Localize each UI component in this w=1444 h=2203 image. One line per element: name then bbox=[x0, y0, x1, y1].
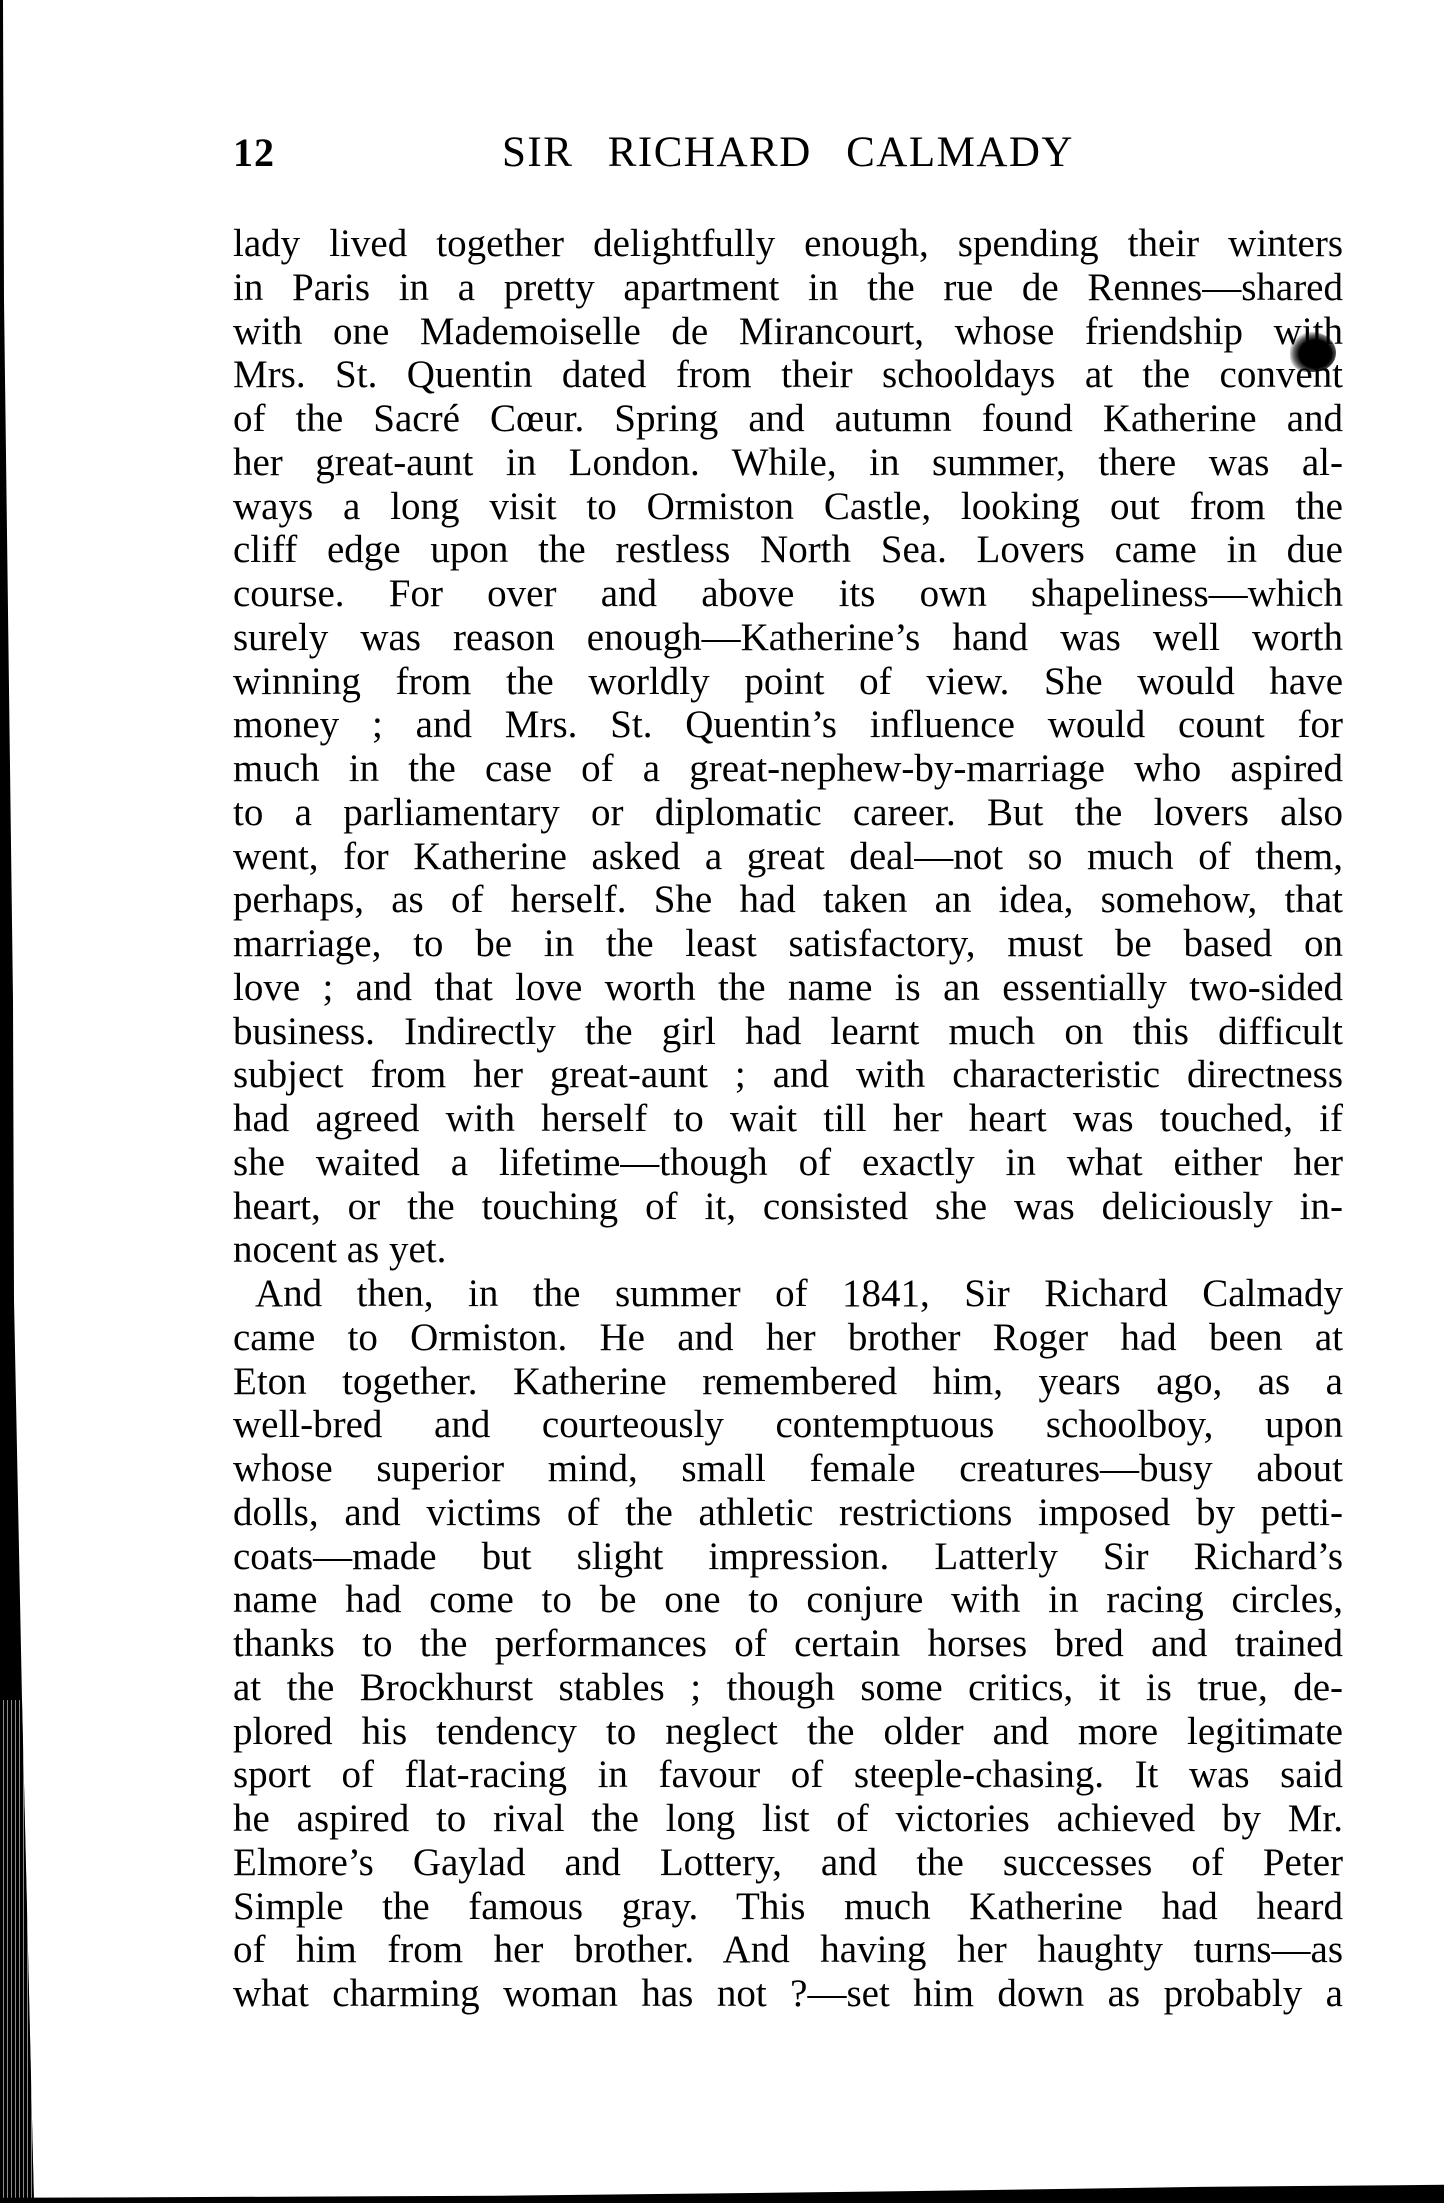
running-header: 12 SIR RICHARD CALMADY bbox=[233, 128, 1343, 178]
text-line: lady lived together delightfully enough,… bbox=[233, 222, 1343, 266]
text-line: whose superior mind, small female creatu… bbox=[233, 1447, 1343, 1491]
page-number: 12 bbox=[233, 128, 275, 178]
body-text: lady lived together delightfully enough,… bbox=[233, 222, 1343, 2016]
text-line: in Paris in a pretty apartment in the ru… bbox=[233, 266, 1343, 310]
text-line: perhaps, as of herself. She had taken an… bbox=[233, 878, 1343, 922]
text-line: had agreed with herself to wait till her… bbox=[233, 1097, 1343, 1141]
text-line: he aspired to rival the long list of vic… bbox=[233, 1797, 1343, 1841]
text-line: thanks to the performances of certain ho… bbox=[233, 1622, 1343, 1666]
text-line: course. For over and above its own shape… bbox=[233, 572, 1343, 616]
running-title: SIR RICHARD CALMADY bbox=[502, 128, 1074, 178]
paragraph-end-line: nocent as yet. bbox=[233, 1228, 1343, 1272]
text-line: at the Brockhurst stables ; though some … bbox=[233, 1666, 1343, 1710]
text-line: name had come to be one to conjure with … bbox=[233, 1578, 1343, 1622]
text-line: dolls, and victims of the athletic restr… bbox=[233, 1491, 1343, 1535]
text-line: went, for Katherine asked a great deal—n… bbox=[233, 835, 1343, 879]
text-line: winning from the worldly point of view. … bbox=[233, 660, 1343, 704]
text-line: well-bred and courteously contemptuous s… bbox=[233, 1403, 1343, 1447]
text-line: plored his tendency to neglect the older… bbox=[233, 1710, 1343, 1754]
text-line: sport of flat-racing in favour of steepl… bbox=[233, 1753, 1343, 1797]
text-line: Elmore’s Gaylad and Lottery, and the suc… bbox=[233, 1841, 1343, 1885]
text-line: coats—made but slight impression. Latter… bbox=[233, 1535, 1343, 1579]
text-line: subject from her great-aunt ; and with c… bbox=[233, 1053, 1343, 1097]
text-line: came to Ormiston. He and her brother Rog… bbox=[233, 1316, 1343, 1360]
paragraph-start-line: And then, in the summer of 1841, Sir Ric… bbox=[233, 1272, 1343, 1316]
binding-streaks bbox=[0, 1700, 40, 2203]
text-line: of the Sacré Cœur. Spring and autumn fou… bbox=[233, 397, 1343, 441]
text-line: with one Mademoiselle de Mirancourt, who… bbox=[233, 310, 1343, 354]
text-line: business. Indirectly the girl had learnt… bbox=[233, 1010, 1343, 1054]
text-line: what charming woman has not ?—set him do… bbox=[233, 1972, 1343, 2016]
text-line: Mrs. St. Quentin dated from their school… bbox=[233, 353, 1343, 397]
page-bottom-edge-shadow bbox=[0, 2177, 1444, 2203]
text-line: Simple the famous gray. This much Kather… bbox=[233, 1885, 1343, 1929]
text-line: marriage, to be in the least satisfactor… bbox=[233, 922, 1343, 966]
text-line: ways a long visit to Ormiston Castle, lo… bbox=[233, 485, 1343, 529]
text-line: to a parliamentary or diplomatic career.… bbox=[233, 791, 1343, 835]
book-page: 12 SIR RICHARD CALMADY lady lived togeth… bbox=[0, 0, 1444, 2203]
text-line: love ; and that love worth the name is a… bbox=[233, 966, 1343, 1010]
text-line: heart, or the touching of it, consisted … bbox=[233, 1185, 1343, 1229]
text-line: she waited a lifetime—though of exactly … bbox=[233, 1141, 1343, 1185]
text-line: her great-aunt in London. While, in summ… bbox=[233, 441, 1343, 485]
text-line: of him from her brother. And having her … bbox=[233, 1928, 1343, 1972]
text-line: surely was reason enough—Katherine’s han… bbox=[233, 616, 1343, 660]
text-line: cliff edge upon the restless North Sea. … bbox=[233, 528, 1343, 572]
text-line: Eton together. Katherine remembered him,… bbox=[233, 1360, 1343, 1404]
text-line: money ; and Mrs. St. Quentin’s influence… bbox=[233, 703, 1343, 747]
text-line: much in the case of a great-nephew-by-ma… bbox=[233, 747, 1343, 791]
